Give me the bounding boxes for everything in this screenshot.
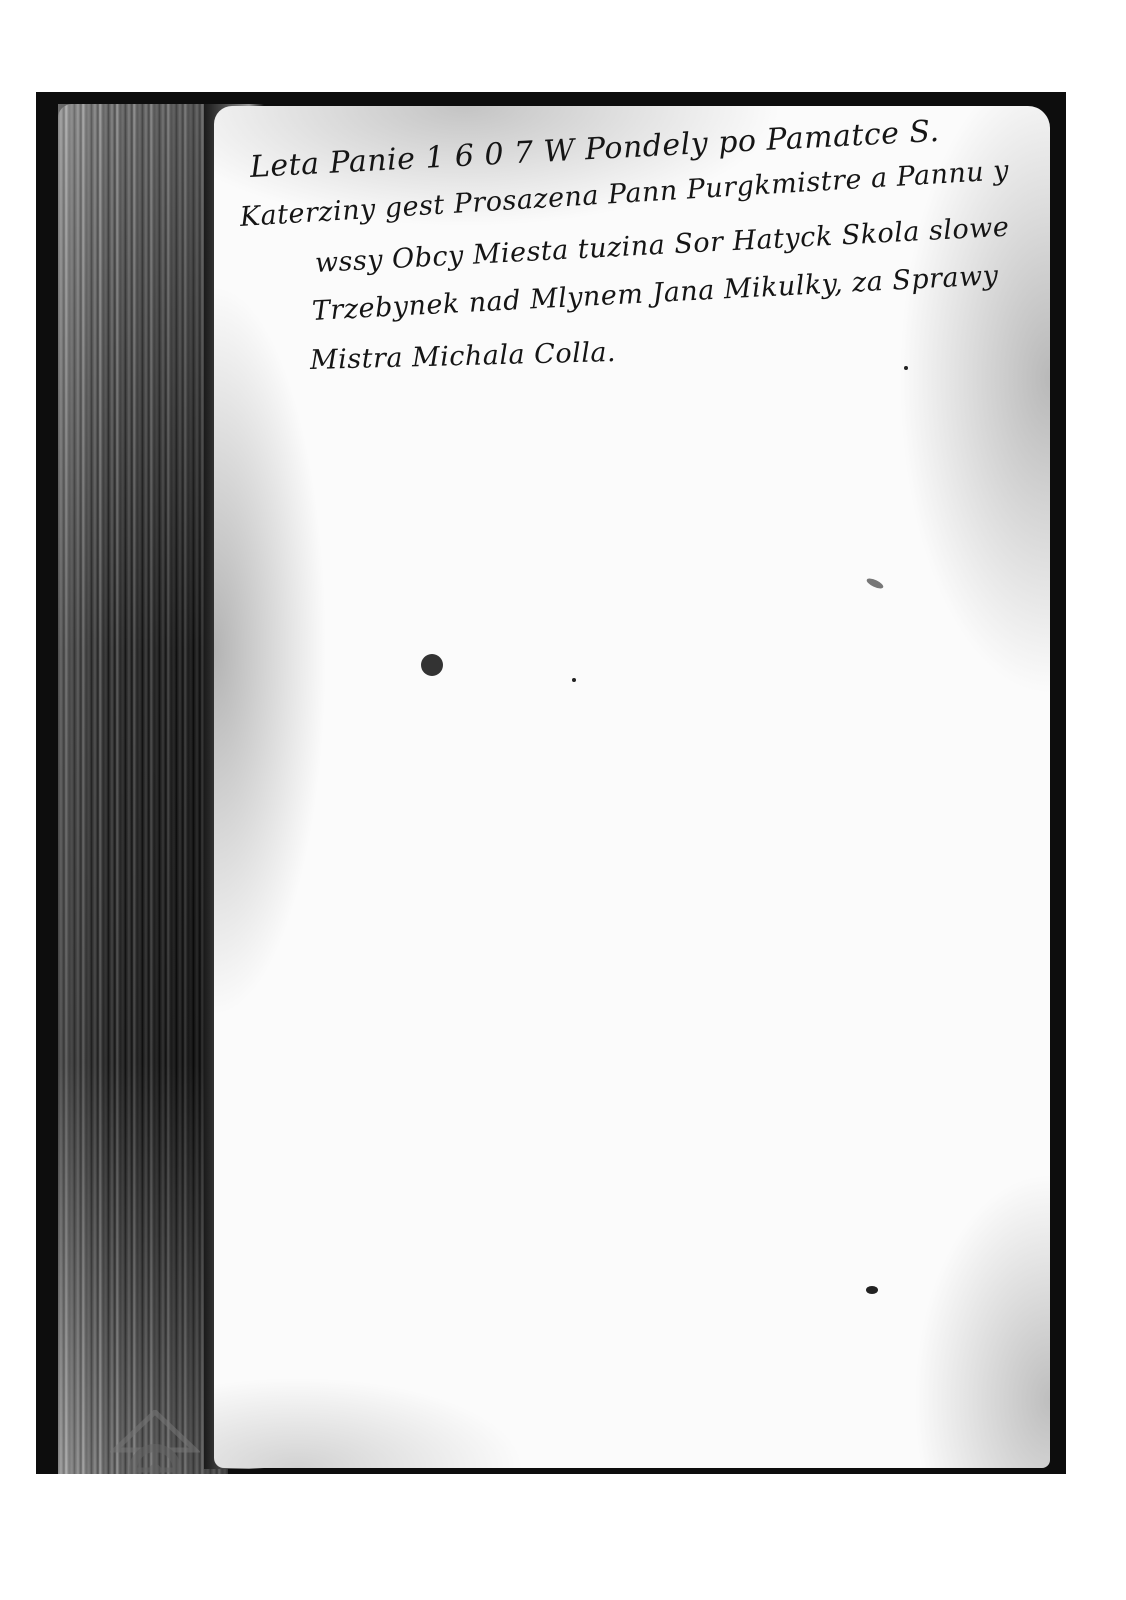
ink-dot [904, 366, 908, 370]
archive-watermark-icon [110, 1410, 200, 1474]
ink-speck [866, 1286, 878, 1294]
ink-blot [421, 654, 443, 676]
ink-smudge [865, 577, 884, 591]
book-fore-edge [58, 104, 228, 1474]
ink-dot [572, 678, 576, 682]
